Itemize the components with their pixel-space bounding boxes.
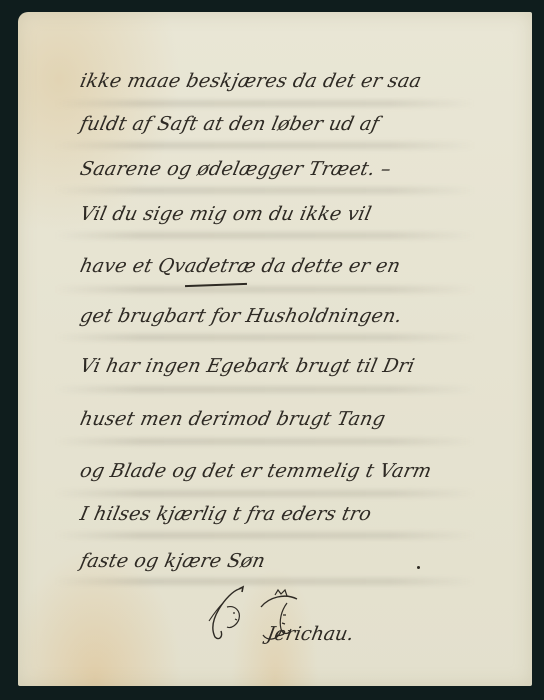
signature: Jerichau.	[265, 623, 355, 645]
bleed-through-line	[55, 286, 475, 293]
bleed-through-line	[55, 334, 475, 341]
letter-line-9: og Blade og det er temmelig t Varm	[78, 460, 434, 482]
letter-line-6: get brugbart for Husholdningen.	[78, 305, 404, 327]
bleed-through-line	[55, 438, 475, 445]
bleed-through-line	[55, 386, 475, 393]
signature-block: Jerichau.	[205, 585, 405, 655]
letter-line-8: huset men derimod brugt Tang	[78, 408, 387, 430]
letter-line-4: Vil du sige mig om du ikke vil	[78, 203, 373, 225]
letter-line-5: have et Qvadetræ da dette er en	[78, 255, 402, 277]
letter-line-3: Saarene og ødelægger Træet. –	[78, 158, 393, 180]
bleed-through-line	[55, 578, 475, 585]
letter-line-7: Vi har ingen Egebark brugt til Dri	[78, 355, 417, 377]
letter-line-1: ikke maae beskjæres da det er saa	[78, 70, 424, 92]
bleed-through-line	[55, 142, 475, 149]
letter-line-5-text: have et Qvadetræ da dette er en	[78, 255, 402, 277]
letter-line-11: faste og kjære Søn	[78, 550, 267, 572]
bleed-through-line	[55, 100, 475, 107]
ink-dot	[417, 566, 420, 569]
scanned-letter: ikke maae beskjæres da det er saa fuldt …	[0, 0, 544, 700]
bleed-through-line	[55, 187, 475, 194]
letter-line-2: fuldt af Saft at den løber ud af	[78, 113, 381, 135]
bleed-through-line	[55, 490, 475, 497]
bleed-through-line	[55, 232, 475, 239]
letter-line-10: I hilses kjærlig t fra eders tro	[78, 503, 373, 525]
bleed-through-line	[55, 532, 475, 539]
monogram-face-icon	[205, 585, 253, 645]
